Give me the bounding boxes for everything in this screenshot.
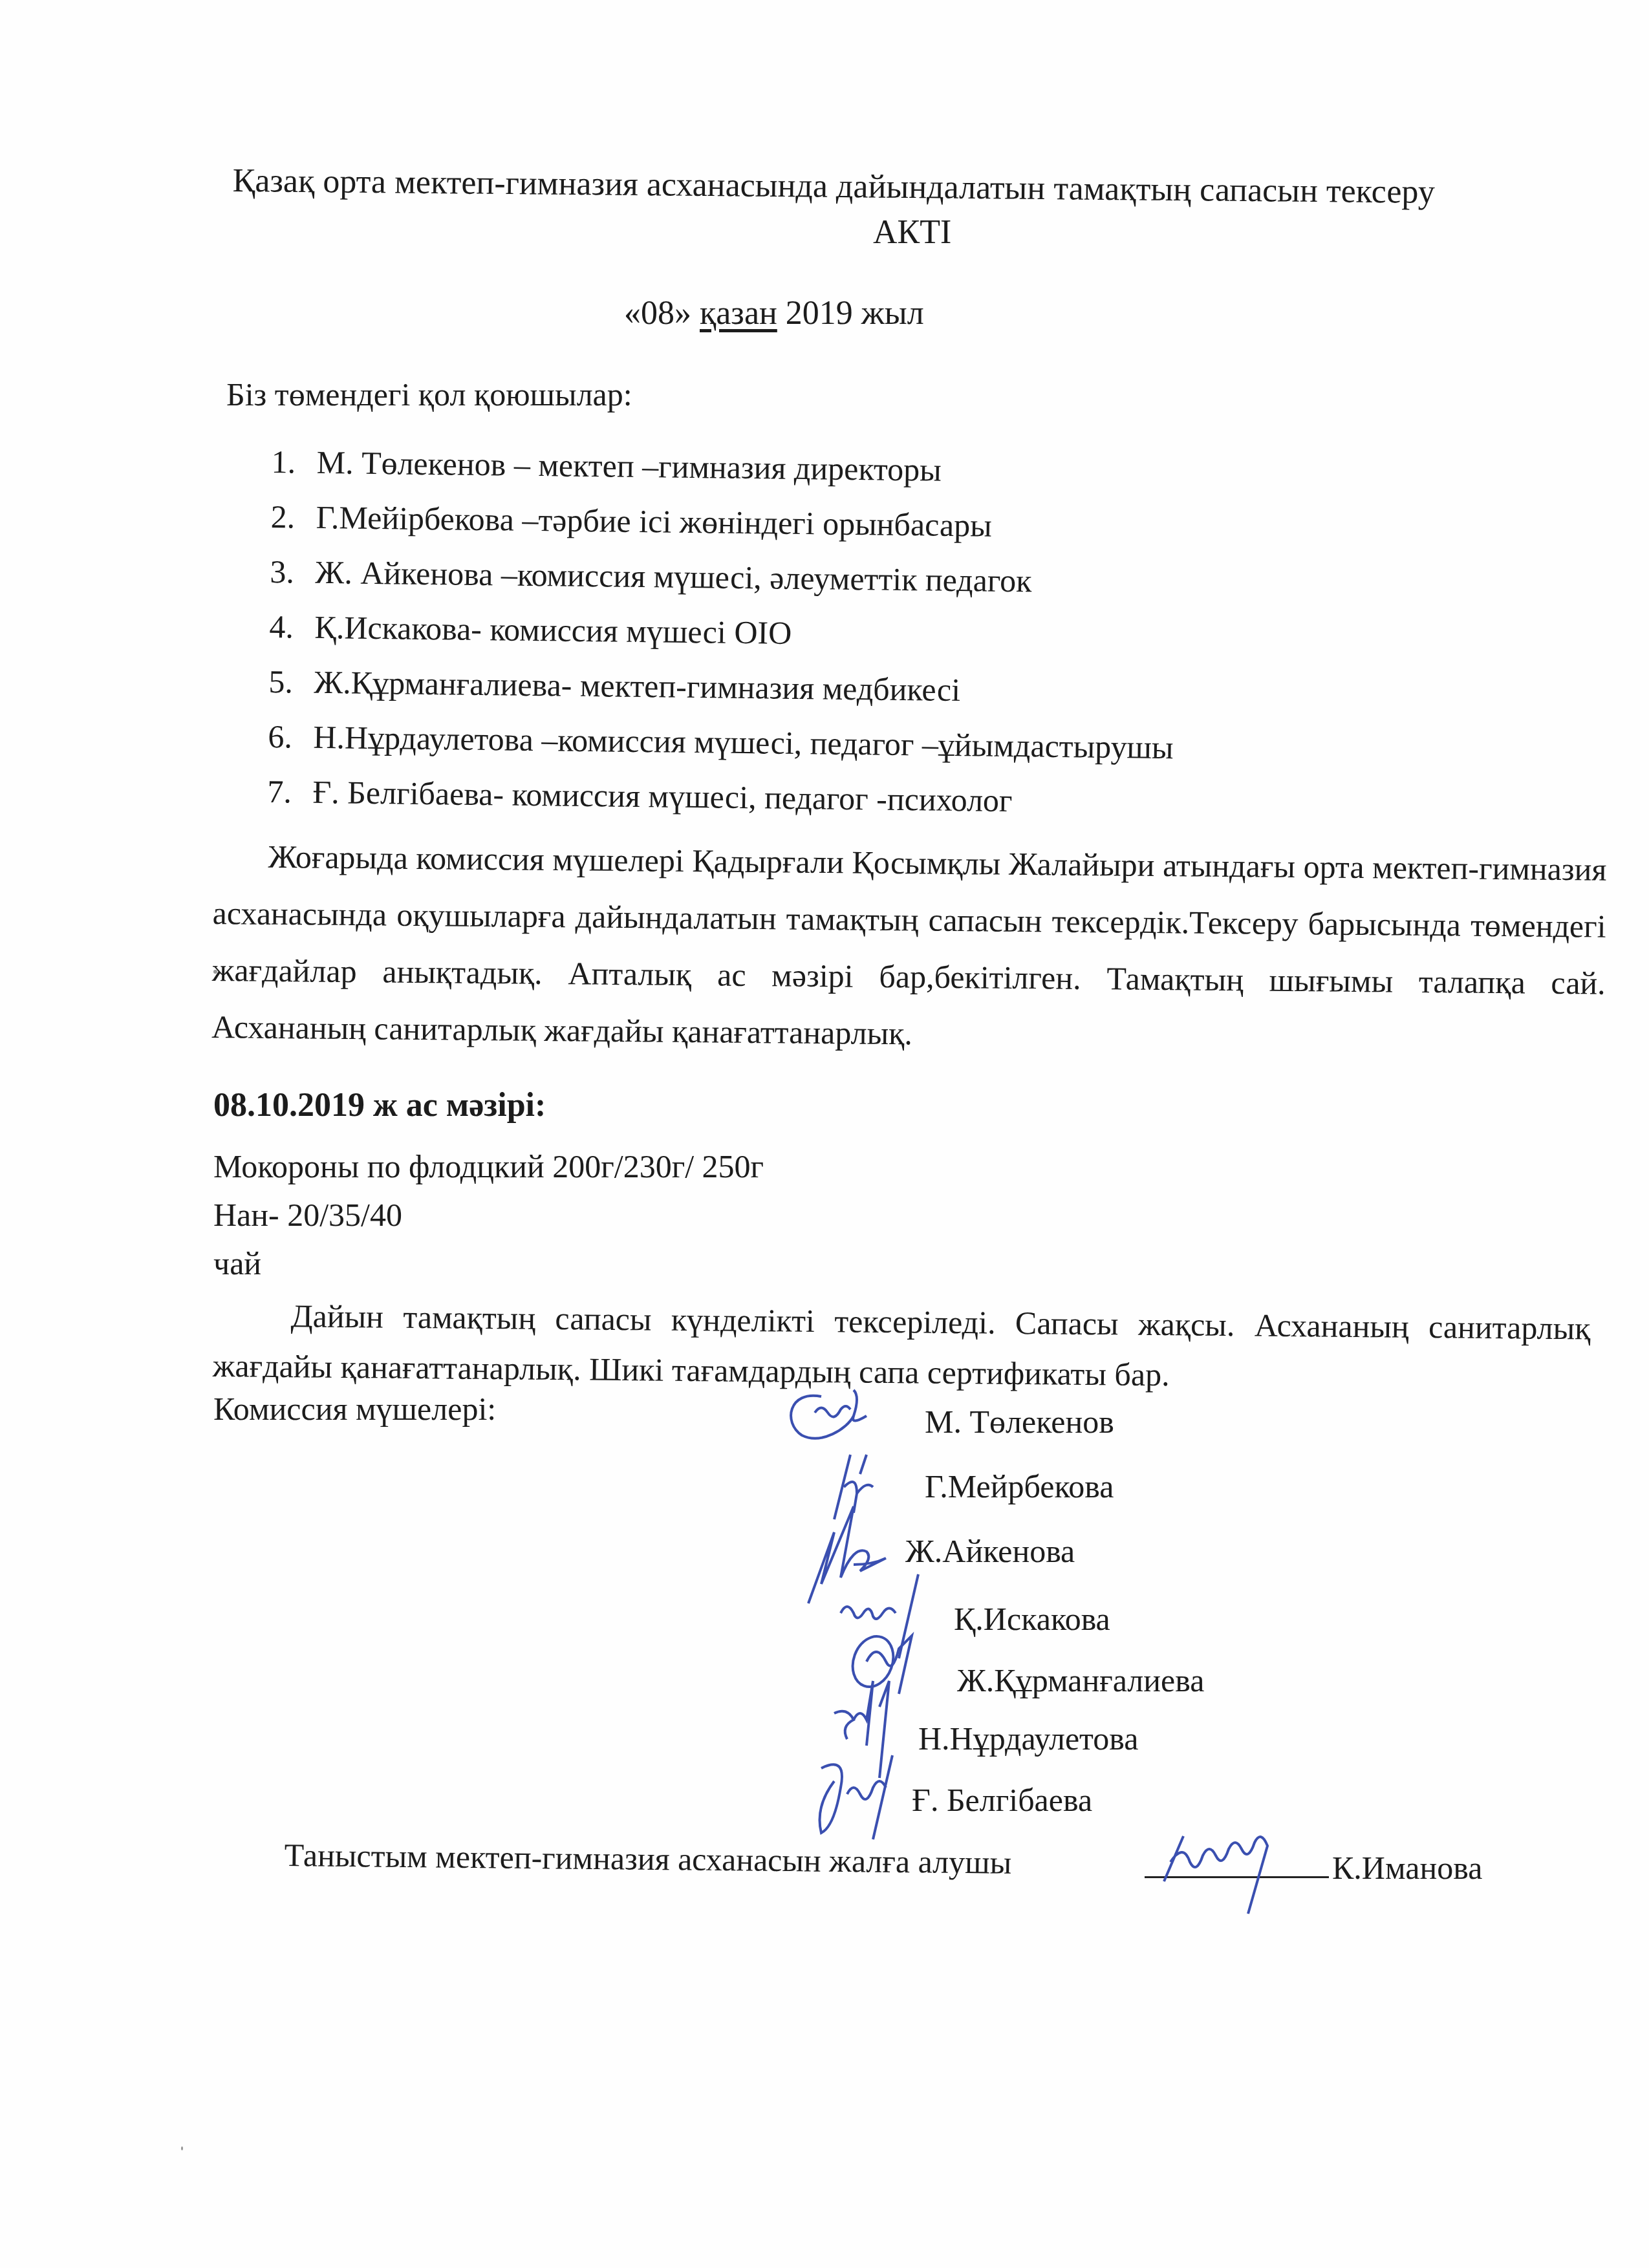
signatory-name: Г.Мейрбекова — [925, 1468, 1114, 1505]
member-text: Ж.Құрманғалиева- мектеп-гимназия медбике… — [314, 663, 961, 726]
member-text: Г.Мейірбекова –тәрбие ісі жөніндегі орын… — [316, 498, 992, 562]
member-number: 4. — [269, 608, 315, 663]
scanned-document-page: Қазақ орта мектеп-гимназия асханасында д… — [0, 0, 1649, 2268]
signatory-name: Қ.Искакова — [954, 1600, 1110, 1638]
signatory-name: Н.Нұрдаулетова — [918, 1720, 1138, 1757]
member-text: Ж. Айкенова –комиссия мүшесі, әлеуметтік… — [315, 553, 1032, 617]
member-number: 1. — [271, 443, 317, 498]
acknowledgement-text: Таныстым мектеп-гимназия асханасын жалға… — [284, 1836, 1011, 1881]
signatory-name: Ғ. Белгібаева — [912, 1781, 1092, 1819]
signatories-intro: Біз төмендегі қол қоюшылар: — [226, 378, 632, 411]
date-day: «08» — [624, 295, 691, 332]
member-text: Қ.Искакова- комиссия мүшесі ОІО — [314, 608, 792, 669]
date-year: 2019 жыл — [786, 295, 924, 332]
menu-title: 08.10.2019 ж ас мәзірі: — [213, 1086, 546, 1124]
commission-members-label: Комиссия мүшелері: — [213, 1390, 496, 1428]
signatory-name: Ж.Айкенова — [905, 1532, 1075, 1570]
menu-item: Мокороны по флодцкий 200г/230г/ 250г — [213, 1148, 764, 1185]
scan-speck — [181, 2146, 183, 2150]
menu-item: чай — [213, 1245, 261, 1282]
menu-item: Нан- 20/35/40 — [213, 1196, 402, 1234]
handwritten-signature-icon — [1158, 1823, 1326, 1923]
document-date: «08» қазан 2019 жыл — [624, 294, 924, 332]
signatory-name: М. Төлекенов — [925, 1403, 1114, 1440]
member-number: 6. — [268, 718, 314, 773]
member-text: Ғ. Белгібаева- комиссия мүшесі, педагог … — [312, 773, 1013, 837]
member-text: М. Төлекенов – мектеп –гимназия директор… — [316, 444, 942, 506]
member-number: 3. — [270, 553, 316, 608]
member-text: Н.Нұрдаулетова –комиссия мүшесі, педагог… — [313, 718, 1174, 784]
document-subtitle: АКТІ — [873, 213, 951, 251]
inspection-findings-paragraph: Жоғарыда комиссия мүшелері Қадырғали Қос… — [211, 828, 1607, 1069]
members-list: 1. М. Төлекенов – мектеп –гимназия дирек… — [267, 443, 1177, 839]
handwritten-signature-icon — [776, 1384, 905, 1458]
member-number: 7. — [267, 773, 313, 828]
handwritten-signature-icon — [808, 1742, 918, 1849]
date-month: қазан — [700, 295, 777, 332]
member-number: 5. — [268, 663, 314, 718]
lessee-name: К.Иманова — [1332, 1849, 1482, 1887]
document-title: Қазақ орта мектеп-гимназия асханасында д… — [232, 162, 1435, 211]
member-item: 7. Ғ. Белгібаева- комиссия мүшесі, педаг… — [267, 773, 1173, 839]
signatory-name: Ж.Құрманғалиева — [957, 1662, 1204, 1699]
member-number: 2. — [270, 498, 316, 553]
scan-speck — [213, 970, 217, 974]
